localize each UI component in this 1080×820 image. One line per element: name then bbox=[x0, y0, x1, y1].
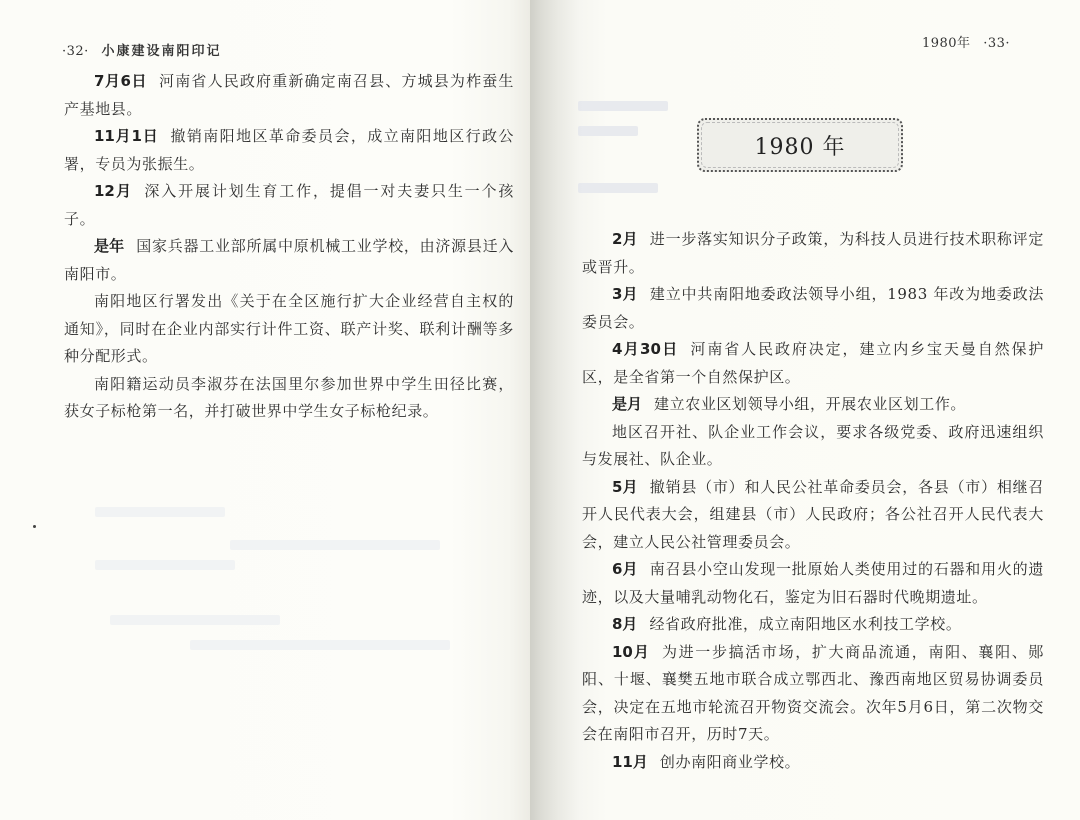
chronicle-entry: 是月建立农业区划领导小组，开展农业区划工作。 bbox=[582, 391, 1044, 419]
bleed-through-mark bbox=[578, 183, 658, 193]
year-heading: 1980 年 bbox=[755, 130, 846, 161]
entry-date: 12月 bbox=[94, 182, 132, 200]
paper-speck bbox=[33, 525, 36, 528]
chronicle-entry: 10月为进一步搞活市场，扩大商品流通，南阳、襄阳、郧阳、十堰、襄樊五地市联合成立… bbox=[582, 639, 1044, 749]
entry-date: 10月 bbox=[612, 643, 650, 661]
chronicle-entry: 11月1日撤销南阳地区革命委员会，成立南阳地区行政公署，专员为张振生。 bbox=[64, 123, 514, 178]
entry-date: 4月30日 bbox=[612, 340, 679, 358]
bleed-through-mark bbox=[578, 126, 638, 136]
right-page-number: ·33· bbox=[983, 36, 1010, 51]
entry-text: 南阳籍运动员李淑芬在法国里尔参加世界中学生田径比赛，获女子标枪第一名，并打破世界… bbox=[64, 375, 514, 421]
entry-text: 创办南阳商业学校。 bbox=[660, 753, 800, 771]
bleed-through-mark bbox=[578, 101, 668, 111]
entry-text: 国家兵器工业部所属中原机械工业学校，由济源县迁入南阳市。 bbox=[64, 237, 514, 283]
book-title: 小康建设南阳印记 bbox=[101, 44, 221, 59]
left-entries: 7月6日河南省人民政府重新确定南召县、方城县为柞蚕生产基地县。 11月1日撤销南… bbox=[64, 68, 514, 426]
bleed-through-mark bbox=[230, 540, 440, 550]
bleed-through-mark bbox=[110, 615, 280, 625]
running-head-year: 1980年 bbox=[922, 36, 971, 51]
entry-text: 地区召开社、队企业工作会议，要求各级党委、政府迅速组织与发展社、队企业。 bbox=[582, 423, 1044, 469]
chronicle-entry: 是年国家兵器工业部所属中原机械工业学校，由济源县迁入南阳市。 bbox=[64, 233, 514, 288]
right-entries: 2月进一步落实知识分子政策，为科技人员进行技术职称评定或晋升。 3月建立中共南阳… bbox=[582, 226, 1044, 776]
entry-date: 8月 bbox=[612, 615, 637, 633]
left-page: ·32· 小康建设南阳印记 7月6日河南省人民政府重新确定南召县、方城县为柞蚕生… bbox=[0, 0, 530, 820]
right-running-head: 1980年 ·33· bbox=[922, 32, 1010, 51]
chronicle-entry: 12月深入开展计划生育工作，提倡一对夫妻只生一个孩子。 bbox=[64, 178, 514, 233]
entry-text: 经省政府批准，成立南阳地区水利技工学校。 bbox=[649, 615, 961, 633]
entry-text: 建立中共南阳地委政法领导小组，1983 年改为地委政法委员会。 bbox=[582, 285, 1044, 331]
entry-date: 7月6日 bbox=[94, 72, 147, 90]
chronicle-entry: 南阳籍运动员李淑芬在法国里尔参加世界中学生田径比赛，获女子标枪第一名，并打破世界… bbox=[64, 371, 514, 426]
entry-date: 是年 bbox=[94, 237, 124, 255]
bleed-through-mark bbox=[190, 640, 450, 650]
chronicle-entry: 11月创办南阳商业学校。 bbox=[582, 749, 1044, 777]
chronicle-entry: 8月经省政府批准，成立南阳地区水利技工学校。 bbox=[582, 611, 1044, 639]
bleed-through-mark bbox=[95, 560, 235, 570]
chronicle-entry: 地区召开社、队企业工作会议，要求各级党委、政府迅速组织与发展社、队企业。 bbox=[582, 419, 1044, 474]
chronicle-entry: 3月建立中共南阳地委政法领导小组，1983 年改为地委政法委员会。 bbox=[582, 281, 1044, 336]
entry-date: 是月 bbox=[612, 395, 642, 413]
left-running-head: ·32· 小康建设南阳印记 bbox=[62, 40, 221, 59]
chronicle-entry: 5月撤销县（市）和人民公社革命委员会，各县（市）相继召开人民代表大会，组建县（市… bbox=[582, 474, 1044, 557]
entry-date: 3月 bbox=[612, 285, 638, 303]
chronicle-entry: 南阳地区行署发出《关于在全区施行扩大企业经营自主权的通知》，同时在企业内部实行计… bbox=[64, 288, 514, 371]
chronicle-entry: 7月6日河南省人民政府重新确定南召县、方城县为柞蚕生产基地县。 bbox=[64, 68, 514, 123]
chronicle-entry: 4月30日河南省人民政府决定，建立内乡宝天曼自然保护区，是全省第一个自然保护区。 bbox=[582, 336, 1044, 391]
entry-text: 南阳地区行署发出《关于在全区施行扩大企业经营自主权的通知》，同时在企业内部实行计… bbox=[64, 292, 514, 365]
entry-text: 南召县小空山发现一批原始人类使用过的石器和用火的遗迹，以及大量哺乳动物化石，鉴定… bbox=[582, 560, 1044, 606]
entry-text: 撤销县（市）和人民公社革命委员会，各县（市）相继召开人民代表大会，组建县（市）人… bbox=[582, 478, 1044, 551]
entry-text: 建立农业区划领导小组，开展农业区划工作。 bbox=[654, 395, 966, 413]
right-page: 1980年 ·33· 1980 年 2月进一步落实知识分子政策，为科技人员进行技… bbox=[530, 0, 1080, 820]
entry-date: 6月 bbox=[612, 560, 638, 578]
entry-text: 为进一步搞活市场，扩大商品流通，南阳、襄阳、郧阳、十堰、襄樊五地市联合成立鄂西北… bbox=[582, 643, 1044, 744]
chronicle-entry: 6月南召县小空山发现一批原始人类使用过的石器和用火的遗迹，以及大量哺乳动物化石，… bbox=[582, 556, 1044, 611]
chronicle-entry: 2月进一步落实知识分子政策，为科技人员进行技术职称评定或晋升。 bbox=[582, 226, 1044, 281]
entry-date: 11月 bbox=[612, 753, 648, 771]
bleed-through-mark bbox=[95, 507, 225, 517]
left-page-number: ·32· bbox=[62, 44, 89, 59]
entry-text: 进一步落实知识分子政策，为科技人员进行技术职称评定或晋升。 bbox=[582, 230, 1044, 276]
entry-date: 11月1日 bbox=[94, 127, 159, 145]
entry-date: 5月 bbox=[612, 478, 638, 496]
book-spread: ·32· 小康建设南阳印记 7月6日河南省人民政府重新确定南召县、方城县为柞蚕生… bbox=[0, 0, 1080, 820]
year-heading-box: 1980 年 bbox=[697, 118, 903, 172]
entry-date: 2月 bbox=[612, 230, 638, 248]
